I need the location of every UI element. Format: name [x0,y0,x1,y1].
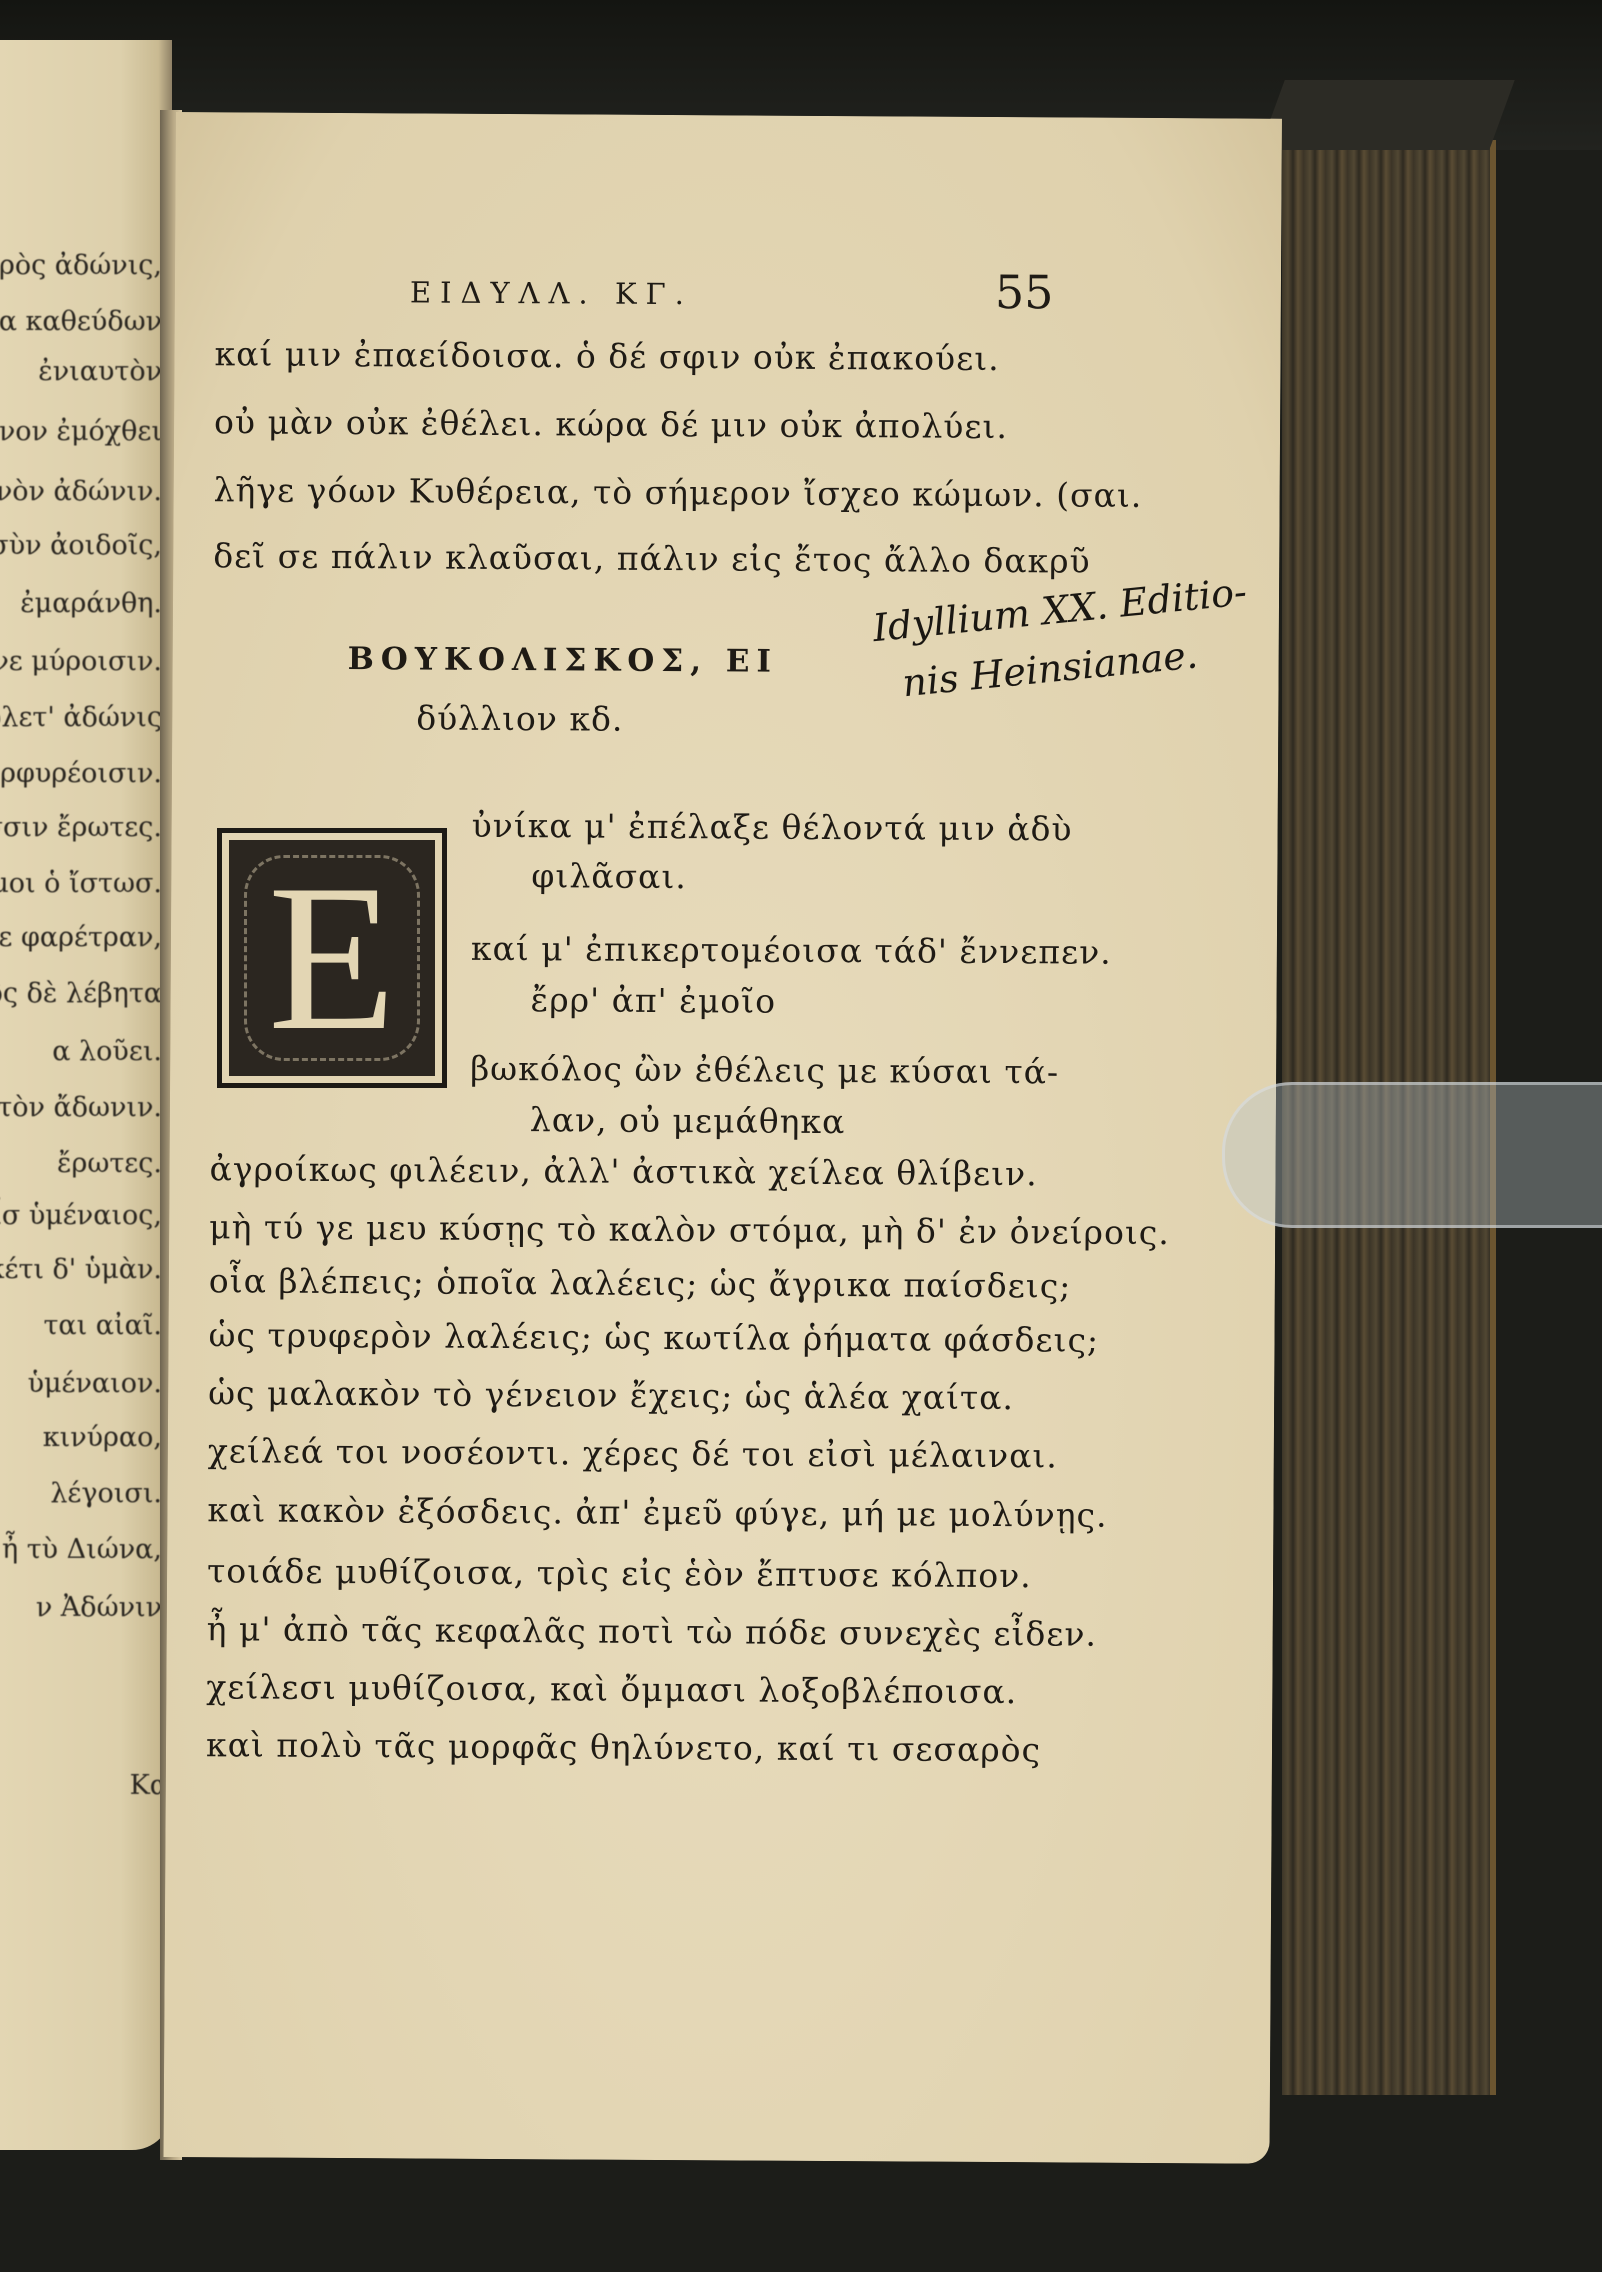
left-page: κρὸς ἀδώνις,οἷα καθεύδωνἐνιαυτὸνὕπνον ἐμ… [0,40,172,2150]
poem-line: βωκόλος ὢν ἐθέλεις με κύσαι τά- [470,1049,1059,1092]
book-cover-corner [1259,80,1514,150]
running-head: ΕΙΔΥΛΛ. ΚΓ. [410,275,693,311]
left-page-text-fragment: οὐκέτι δ' ὑμὰν. [0,1254,162,1285]
left-page-text-fragment: ἔρωτες. [57,1148,162,1179]
poem-line: ἦ μ' ἀπὸ τᾶς κεφαλᾶς ποτὶ τὼ πόδε συνεχὲ… [207,1609,1098,1653]
left-page-text-fragment: ἐμαράνθη. [20,588,162,619]
poem-line: καὶ κακὸν ἐξόσδεις. ἀπ' ἐμεῦ φύγε, μή με… [207,1490,1107,1534]
page-number: 55 [995,265,1054,319]
left-page-text-fragment: αἶσ ὑμέναιος, [0,1200,162,1231]
left-page-text-fragment: τὸν ἄδωνιν. [0,1092,162,1123]
left-page-text-fragment: ἐνιαυτὸν [38,356,162,387]
left-page-text-fragment: ν Ἀδώνιν [36,1592,162,1623]
poem-line: χείλεά τοι νοσέοντι. χέρες δέ τοι εἰσὶ μ… [208,1431,1058,1475]
poem-line: ὐνίκα μ' ἐπέλαξε θέλοντά μιν ἁδὺ [472,806,1073,849]
right-page: ΕΙΔΥΛΛ. ΚΓ. 55 καί μιν ἐπαείδοισα. ὁ δέ … [164,112,1282,2164]
left-page-text-fragment: ἂν ἀγε φαρέτραν, [0,922,162,953]
left-page-text-fragment: ον ὤλετ' ἀδώνις [0,702,162,733]
poem-line: ἀγροίκως φιλέειν, ἀλλ' ἀστικὰ χείλεα θλί… [209,1149,1037,1193]
text-line: καί μιν ἐπαείδοισα. ὁ δέ σφιν οὐκ ἐπακού… [214,334,999,378]
left-page-text-fragment: ὅσσιν ἔρωτες. [0,812,162,843]
left-page-text-fragment: ὕπνον ἐμόχθει [0,416,162,447]
poem-line: ἔρρ' ἀπ' ἐμοῖο [530,980,776,1020]
poem-line: καὶ πολὺ τᾶς μορφᾶς θηλύνετο, καί τι σεσ… [206,1725,1041,1769]
left-page-text-fragment: ρφυρέοισιν. [0,758,162,789]
left-page-text-fragment: ντα σὺν ἀοιδοῖς, [0,530,162,561]
poem-line: λαν, οὐ μεμάθηκα [530,1100,846,1141]
poem-line: ὡς μαλακὸν τὸ γένειον ἔχεις; ὡς ἁλέα χαί… [208,1373,1014,1417]
text-line: οὐ μὰν οὐκ ἐθέλει. κώρα δέ μιν οὐκ ἀπολύ… [214,402,1008,446]
poem-line: χείλεσι μυθίζοισα, καὶ ὄμμασι λοξοβλέποι… [206,1667,1017,1711]
poem-line: μὴ τύ γε μευ κύσῃς τὸ καλὸν στόμα, μὴ δ'… [209,1207,1170,1252]
clear-bookmark-strip [1222,1082,1602,1228]
left-page-text-fragment: ται αἰαῖ. [43,1310,162,1341]
left-page-text-fragment: ινε μύροισιν. [0,646,162,677]
left-page-text-fragment: κρὸς ἀδώνις, [0,250,162,281]
poem-line: ὡς τρυφερὸν λαλέεις; ὡς κωτίλα ῥήματα φά… [208,1315,1099,1359]
left-page-text-fragment: ὃς δὲ λέβητα [0,978,162,1009]
text-line: δεῖ σε πάλιν κλαῦσαι, πάλιν εἰς ἔτος ἄλλ… [213,536,1091,580]
left-page-text-fragment: κινύραο, [43,1422,162,1453]
left-page-text-fragment: νὸν ἀδώνιν. [0,476,162,507]
left-page-text-fragment: α λοῦει. [52,1036,162,1067]
left-page-text-fragment: λέγοισι. [50,1478,162,1509]
poem-title: ΒΟΥΚΟΛΙΣΚΟΣ, ΕΙ [348,641,779,680]
poem-line: φιλᾶσαι. [531,856,687,896]
poem-line: τοιάδε μυθίζοισα, τρὶς εἰς ἑὸν ἔπτυσε κό… [207,1551,1032,1595]
poem-line: οἷα βλέπεις; ὁποῖα λαλέεις; ὡς ἄγρικα πα… [209,1261,1072,1305]
left-page-text-fragment: ἦ τὺ Διώνα, [2,1534,162,1565]
left-page-text-fragment: ὑμέναιον. [28,1368,162,1399]
decorated-initial: E [217,828,447,1088]
left-page-text-fragment: ὠ μοι ὁ ἴστωσ. [0,868,162,899]
text-line: λῆγε γόων Κυθέρεια, τὸ σήμερον ἴσχεο κώμ… [214,470,1143,515]
floral-ornament-icon [244,855,420,1061]
poem-subtitle: δύλλιον κδ. [416,698,623,738]
left-page-text-fragment: οἷα καθεύδων [0,306,162,337]
handwritten-annotation: nis Heinsianae. [900,632,1199,705]
poem-line: καί μ' ἐπικερτομέοισα τάδ' ἔννεπεν. [471,929,1112,972]
